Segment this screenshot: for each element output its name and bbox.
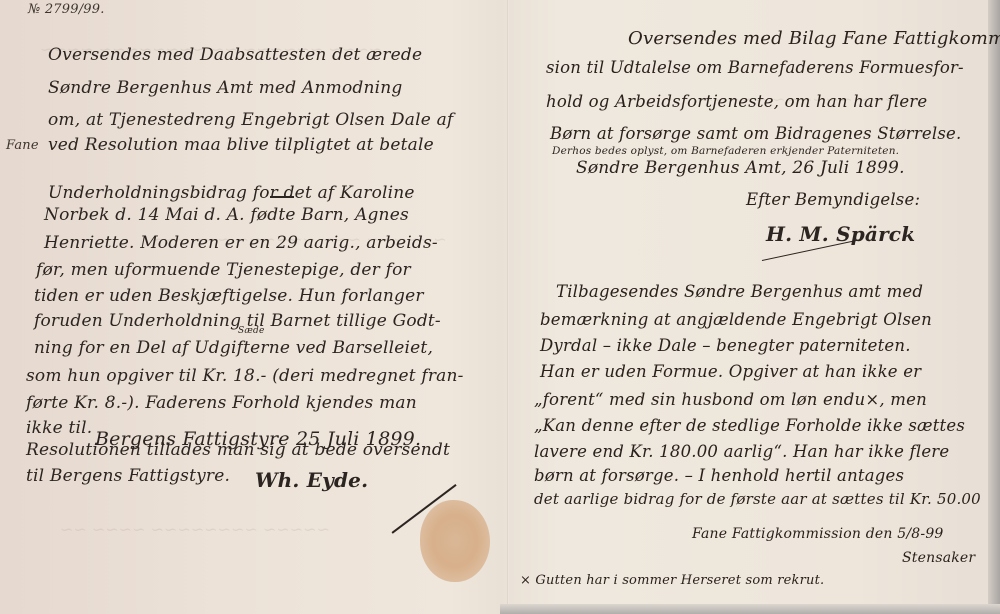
right-note2-line-8: børn at forsørge. – I henhold hertil ant… (534, 466, 904, 485)
right-note2-line-2: bemærkning at angjældende Engebrigt Olse… (540, 310, 932, 329)
right-note1-line-1: Oversendes med Bilag Fane Fattigkommis- (628, 28, 1000, 49)
reference-number: № 2799/99. (28, 2, 105, 17)
right-note1-line-4: Børn at forsørge samt om Bidragenes Stør… (550, 124, 961, 143)
center-fold (507, 0, 509, 614)
right-note1-line-2: sion til Udtalelse om Barnefaderens Form… (546, 58, 964, 77)
date-line: Bergens Fattigstyre 25 Juli 1899. (95, 428, 421, 450)
signature-stensaker: Stensaker (902, 550, 975, 566)
left-line-12: som hun opgiver til Kr. 18.- (deri medre… (26, 366, 464, 386)
right-note2-line-4: Han er uden Formue. Opgiver at han ikke … (540, 362, 921, 381)
right-note1-small-line: Derhos bedes oplyst, om Barnefaderen erk… (552, 145, 899, 157)
left-line-13: førte Kr. 8.-). Faderens Forhold kjendes… (26, 393, 417, 413)
left-line-16: til Bergens Fattigstyre. (26, 466, 230, 486)
left-line-6: Norbek d. 14 Mai d. A. fødte Barn, Agnes (44, 205, 409, 225)
right-note1-date-line: Søndre Bergenhus Amt, 26 Juli 1899. (576, 158, 905, 178)
right-note2-line-9: det aarlige bidrag for de første aar at … (534, 490, 981, 508)
wax-seal (420, 500, 490, 582)
left-line-8: før, men uformuende Tjenestepige, der fo… (36, 260, 411, 280)
margin-note: Fane (6, 138, 39, 153)
paper-edge-right (988, 0, 1000, 614)
right-note2-date-line: Fane Fattigkommission den 5/8-99 (692, 526, 944, 542)
right-note2-line-5: „forent“ med sin husbond om løn endu×, m… (534, 390, 927, 409)
left-line-11: ning for en Del af Udgifterne ved Barsel… (34, 338, 433, 358)
left-line-1: Oversendes med Daabsattesten det ærede (48, 45, 422, 65)
left-line-14: ikke til. (26, 418, 92, 438)
strikethrough-mark (270, 196, 294, 198)
interlinear-insertion: Sæde (238, 326, 265, 336)
left-line-3: om, at Tjenestedreng Engebrigt Olsen Dal… (48, 110, 453, 130)
right-note2-line-7: lavere end Kr. 180.00 aarlig“. Han har i… (534, 442, 949, 461)
left-line-2: Søndre Bergenhus Amt med Anmodning (48, 78, 402, 98)
right-page: Oversendes med Bilag Fane Fattigkommis- … (510, 0, 988, 614)
footnote: × Gutten har i sommer Herseret som rekru… (520, 573, 824, 588)
left-line-5: Underholdningsbidrag for det af Karoline (48, 183, 415, 203)
right-note2-line-1: Tilbagesendes Søndre Bergenhus amt med (556, 282, 923, 301)
left-line-7: Henriette. Moderen er en 29 aarig., arbe… (44, 233, 438, 253)
left-line-9: tiden er uden Beskjæftigelse. Hun forlan… (34, 286, 424, 306)
right-note2-line-3: Dyrdal – ikke Dale – benegter paternitet… (540, 336, 911, 355)
signature-eyde: Wh. Eyde. (255, 468, 368, 492)
left-page: № 2799/99. Oversendes med Daabsattesten … (0, 0, 505, 614)
left-line-4: ved Resolution maa blive tilpligtet at b… (48, 135, 434, 155)
right-note1-line-3: hold og Arbeidsfortjeneste, om han har f… (546, 92, 927, 111)
right-note2-line-6: „Kan denne efter de stedlige Forholde ik… (534, 416, 965, 435)
right-note1-closing: Efter Bemyndigelse: (746, 190, 920, 209)
